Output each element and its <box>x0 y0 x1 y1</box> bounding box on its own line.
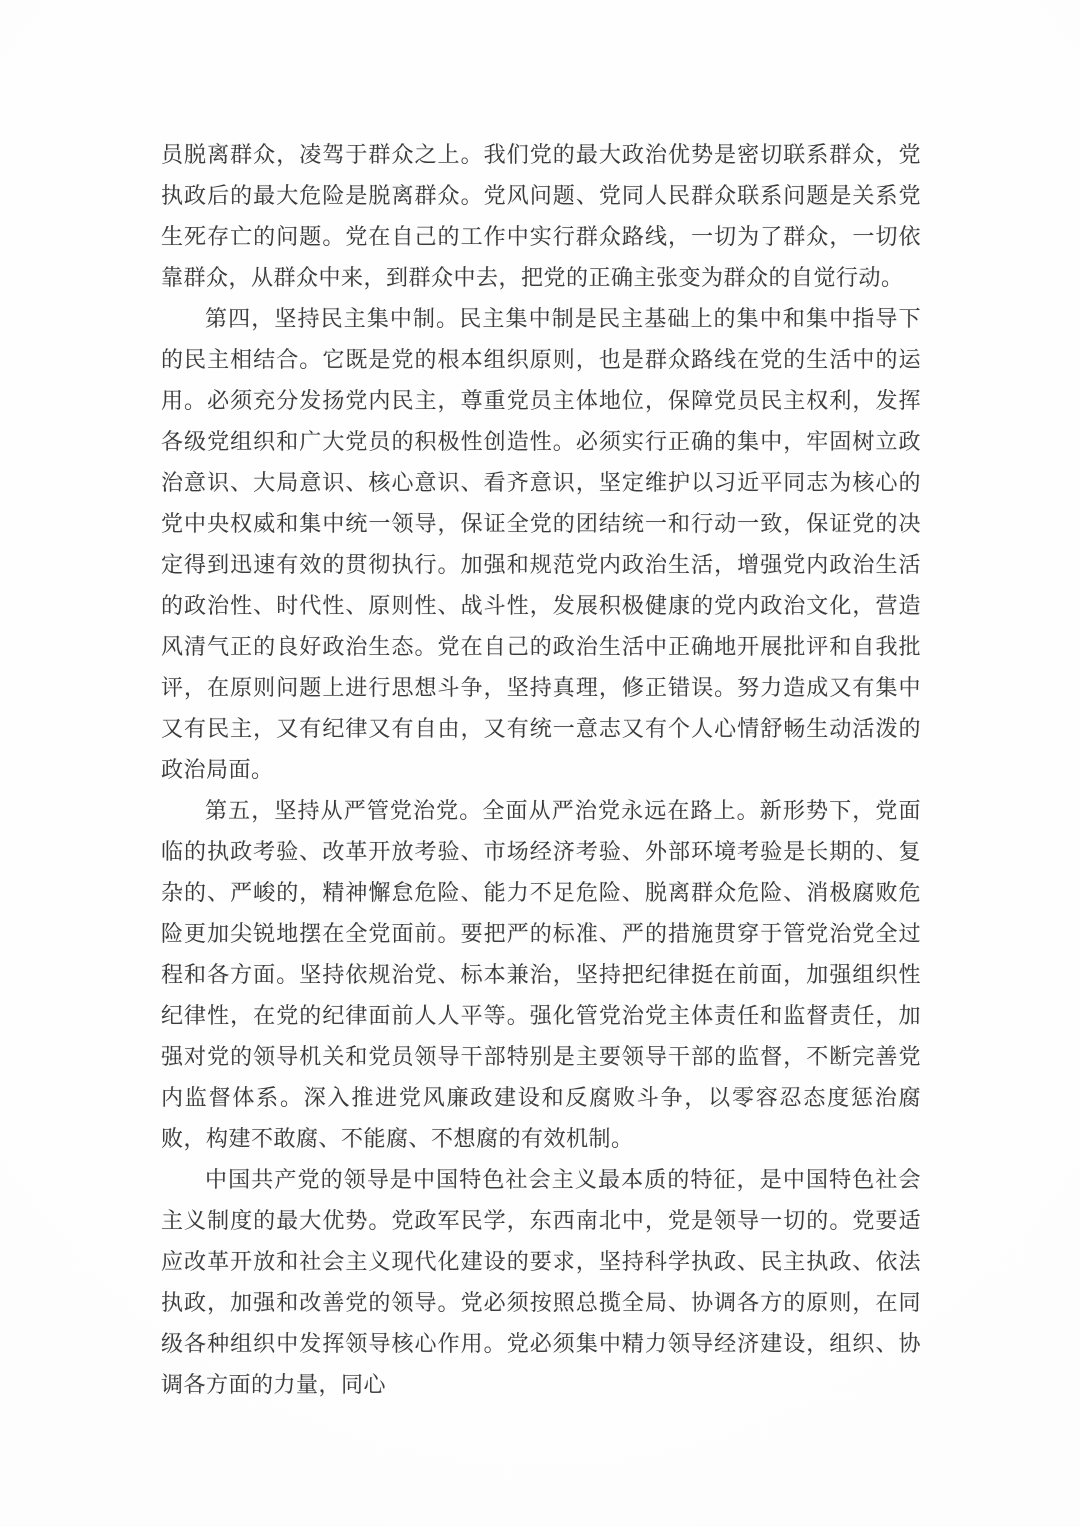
document-page: 员脱离群众，凌驾于群众之上。我们党的最大政治优势是密切联系群众，党执政后的最大危… <box>0 0 1080 1527</box>
paragraph-continuation: 员脱离群众，凌驾于群众之上。我们党的最大政治优势是密切联系群众，党执政后的最大危… <box>161 134 921 298</box>
paragraph-point-four: 第四，坚持民主集中制。民主集中制是民主基础上的集中和集中指导下的民主相结合。它既… <box>161 298 921 790</box>
text-column: 员脱离群众，凌驾于群众之上。我们党的最大政治优势是密切联系群众，党执政后的最大危… <box>161 134 921 1405</box>
paragraph-point-five: 第五，坚持从严管党治党。全面从严治党永远在路上。新形势下，党面临的执政考验、改革… <box>161 790 921 1159</box>
paragraph-party-leadership: 中国共产党的领导是中国特色社会主义最本质的特征，是中国特色社会主义制度的最大优势… <box>161 1159 921 1405</box>
